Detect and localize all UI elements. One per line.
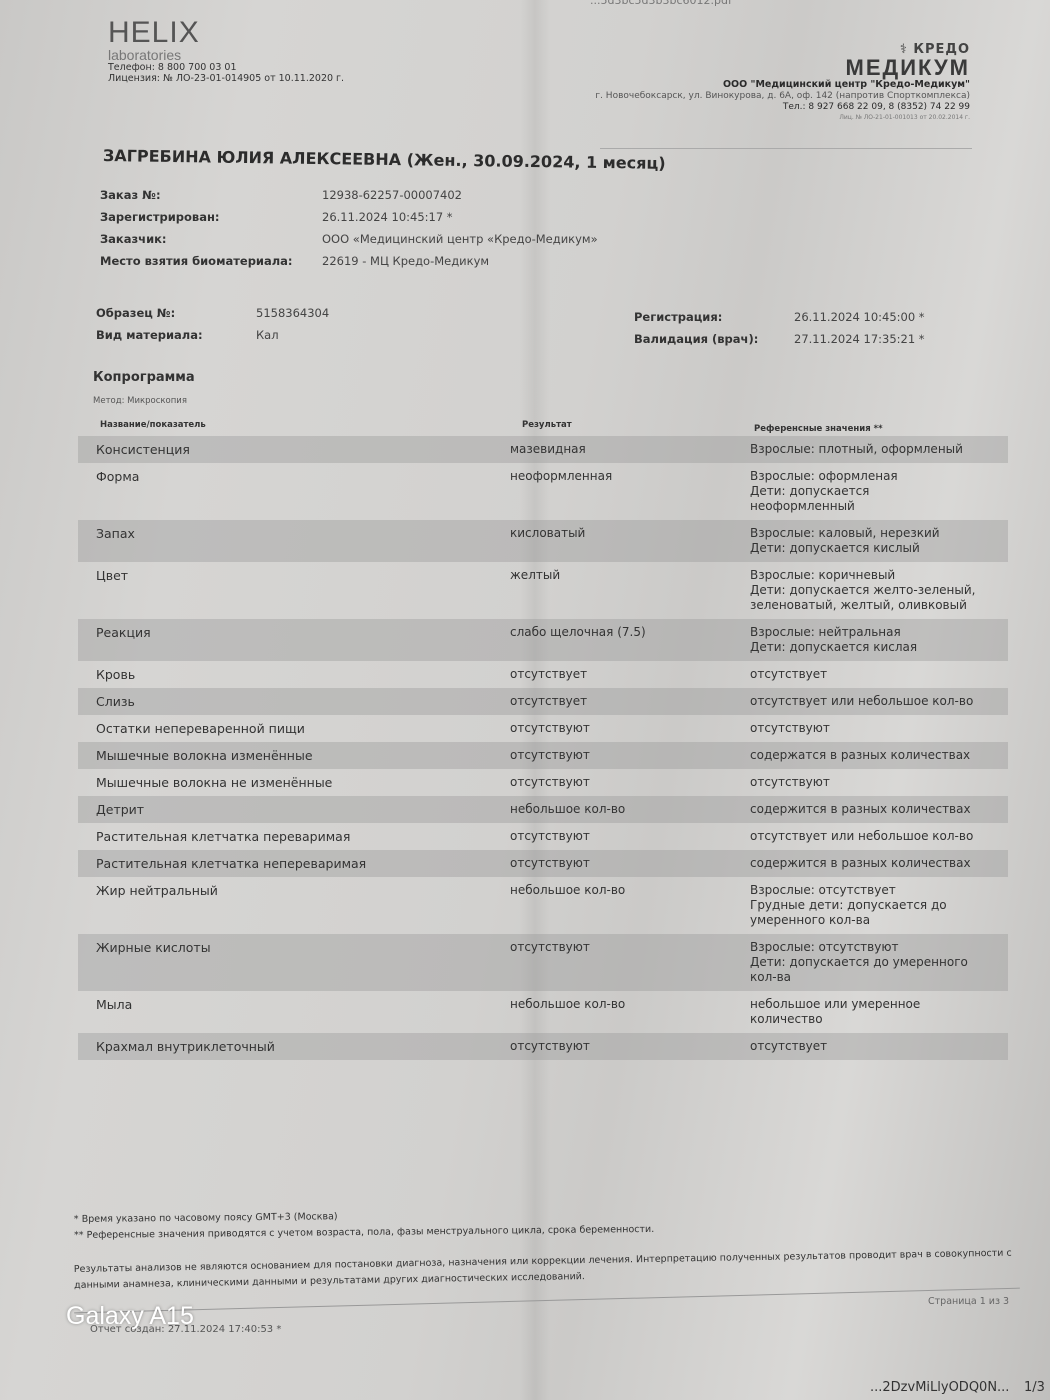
table-row: Жир нейтральныйнебольшое кол-воВзрослые:… <box>78 877 1008 934</box>
field-value: 12938-62257-00007402 <box>322 188 462 202</box>
field-label: Зарегистрирован: <box>100 206 322 228</box>
result-value: небольшое кол-во <box>510 883 750 928</box>
field-row: Валидация (врач):27.11.2024 17:35:21 * <box>634 328 925 350</box>
indicator-name: Цвет <box>78 568 510 613</box>
result-value: слабо щелочная (7.5) <box>510 625 750 655</box>
clinic-phones: Тел.: 8 927 668 22 09, 8 (8352) 74 22 99 <box>595 102 970 113</box>
field-label: Вид материала: <box>96 324 256 346</box>
sample-info: Образец №:5158364304Вид материала:Кал <box>96 302 329 346</box>
result-value: отсутствуют <box>510 940 750 985</box>
section-title: Копрограмма <box>93 370 195 385</box>
field-label: Заказчик: <box>100 228 322 250</box>
table-row: Мышечные волокна изменённыеотсутствуютсо… <box>78 742 1008 769</box>
reference-value: отсутствуют <box>750 775 1000 790</box>
clinic-address: г. Новочебоксарск, ул. Винокурова, д. 6А… <box>595 91 970 102</box>
field-value: 26.11.2024 10:45:17 * <box>322 210 453 224</box>
indicator-name: Жир нейтральный <box>78 883 510 928</box>
header-name: Название/показатель <box>100 420 206 430</box>
table-row: Кровьотсутствуетотсутствует <box>78 661 1008 688</box>
indicator-name: Форма <box>78 469 510 514</box>
table-row: Растительная клетчатка непереваримаяотсу… <box>78 850 1008 877</box>
table-row: Крахмал внутриклеточныйотсутствуютотсутс… <box>78 1033 1008 1060</box>
reference-value: Взрослые: оформленая Дети: допускается н… <box>750 469 1000 514</box>
reference-value: Взрослые: плотный, оформленый <box>750 442 1000 457</box>
document-page: ...5d3bc5d3b3bc6012.pdf HELIX laboratori… <box>0 0 1050 1400</box>
result-value: отсутствуют <box>510 721 750 736</box>
indicator-name: Консистенция <box>78 442 510 457</box>
reference-value: Взрослые: нейтральная Дети: допускается … <box>750 625 1000 655</box>
indicator-name: Запах <box>78 526 510 556</box>
field-value: Кал <box>256 328 279 342</box>
disclaimer: Результаты анализов не являются основани… <box>74 1245 1024 1294</box>
indicator-name: Реакция <box>78 625 510 655</box>
clinic-license: Лиц. № ЛО-21-01-001013 от 20.02.2014 г. <box>595 113 970 122</box>
field-row: Место взятия биоматериала:22619 - МЦ Кре… <box>100 250 598 272</box>
result-value: отсутствует <box>510 667 750 682</box>
patient-name: ЗАГРЕБИНА ЮЛИЯ АЛЕКСЕЕВНА (Жен., 30.09.2… <box>103 146 666 173</box>
reference-value: отсутствует или небольшое кол-во <box>750 694 1000 709</box>
clinic-logo: МЕДИКУМ <box>595 57 970 79</box>
table-row: КонсистенциямазевиднаяВзрослые: плотный,… <box>78 436 1008 463</box>
table-row: ЗапахкисловатыйВзрослые: каловый, нерезк… <box>78 520 1008 562</box>
field-label: Место взятия биоматериала: <box>100 250 322 272</box>
indicator-name: Кровь <box>78 667 510 682</box>
field-row: Образец №:5158364304 <box>96 302 329 324</box>
order-info: Заказ №:12938-62257-00007402Зарегистриро… <box>100 184 598 272</box>
result-value: мазевидная <box>510 442 750 457</box>
field-value: ООО «Медицинский центр «Кредо-Медикум» <box>322 232 598 246</box>
results-table: КонсистенциямазевиднаяВзрослые: плотный,… <box>78 436 1008 1060</box>
footnotes: * Время указано по часовому поясу GMT+3 … <box>74 1206 654 1244</box>
indicator-name: Остатки непереваренной пищи <box>78 721 510 736</box>
field-value: 22619 - МЦ Кредо-Медикум <box>322 254 489 268</box>
field-value: 5158364304 <box>256 306 329 320</box>
method-label: Метод: Микроскопия <box>93 396 187 406</box>
lab-license: Лицензия: № ЛО-23-01-014905 от 10.11.202… <box>108 73 344 84</box>
table-row: Жирные кислотыотсутствуютВзрослые: отсут… <box>78 934 1008 991</box>
field-value: 26.11.2024 10:45:00 * <box>794 310 925 324</box>
viewer-page-count: 1/3 <box>1024 1380 1045 1395</box>
indicator-name: Растительная клетчатка переваримая <box>78 829 510 844</box>
indicator-name: Мыла <box>78 997 510 1027</box>
result-value: отсутствуют <box>510 775 750 790</box>
reference-value: Взрослые: каловый, нерезкий Дети: допуск… <box>750 526 1000 556</box>
reference-value: содержится в разных количествах <box>750 856 1000 871</box>
reference-value: отсутствует <box>750 1039 1000 1054</box>
lab-logo-sub: laboratories <box>108 48 344 62</box>
divider <box>600 148 972 149</box>
result-value: неоформленная <box>510 469 750 514</box>
reference-value: небольшое или умеренное количество <box>750 997 1000 1027</box>
clinic-org: ООО "Медицинский центр "Кредо-Медикум" <box>595 79 970 91</box>
result-value: небольшое кол-во <box>510 802 750 817</box>
reference-value: Взрослые: отсутствует Грудные дети: допу… <box>750 883 1000 928</box>
table-row: ЦветжелтыйВзрослые: коричневый Дети: доп… <box>78 562 1008 619</box>
reference-value: Взрослые: коричневый Дети: допускается ж… <box>750 568 1000 613</box>
lab-logo: HELIX <box>108 18 344 48</box>
lab-header: HELIX laboratories Телефон: 8 800 700 03… <box>108 18 344 84</box>
viewer-file-label[interactable]: ...2DzvMiLlyODQ0N... <box>870 1380 1009 1395</box>
field-value: 27.11.2024 17:35:21 * <box>794 332 925 346</box>
file-name: ...5d3bc5d3b3bc6012.pdf <box>590 0 732 7</box>
field-label: Образец №: <box>96 302 256 324</box>
indicator-name: Жирные кислоты <box>78 940 510 985</box>
registration-info: Регистрация:26.11.2024 10:45:00 *Валидац… <box>634 306 925 350</box>
field-row: Зарегистрирован:26.11.2024 10:45:17 * <box>100 206 598 228</box>
result-value: отсутствует <box>510 694 750 709</box>
header-reference: Референсные значения ** <box>754 424 883 434</box>
field-row: Заказчик:ООО «Медицинский центр «Кредо-М… <box>100 228 598 250</box>
indicator-name: Слизь <box>78 694 510 709</box>
table-row: ФорманеоформленнаяВзрослые: оформленая Д… <box>78 463 1008 520</box>
result-value: отсутствуют <box>510 856 750 871</box>
reference-value: отсутствует или небольшое кол-во <box>750 829 1000 844</box>
field-label: Регистрация: <box>634 306 794 328</box>
reference-value: отсутствует <box>750 667 1000 682</box>
clinic-header: ⚕ КРЕДО МЕДИКУМ ООО "Медицинский центр "… <box>595 42 970 122</box>
reference-value: содержатся в разных количествах <box>750 748 1000 763</box>
lab-phone: Телефон: 8 800 700 03 01 <box>108 62 344 73</box>
result-value: отсутствуют <box>510 748 750 763</box>
result-value: небольшое кол-во <box>510 997 750 1027</box>
field-label: Заказ №: <box>100 184 322 206</box>
table-row: Мыланебольшое кол-вонебольшое или умерен… <box>78 991 1008 1033</box>
indicator-name: Растительная клетчатка непереваримая <box>78 856 510 871</box>
field-row: Вид материала:Кал <box>96 324 329 346</box>
table-row: Остатки непереваренной пищиотсутствуютот… <box>78 715 1008 742</box>
field-row: Заказ №:12938-62257-00007402 <box>100 184 598 206</box>
table-row: Растительная клетчатка переваримаяотсутс… <box>78 823 1008 850</box>
reference-value: отсутствуют <box>750 721 1000 736</box>
field-row: Регистрация:26.11.2024 10:45:00 * <box>634 306 925 328</box>
result-value: отсутствуют <box>510 829 750 844</box>
table-row: Слизьотсутствуетотсутствует или небольшо… <box>78 688 1008 715</box>
indicator-name: Мышечные волокна изменённые <box>78 748 510 763</box>
indicator-name: Мышечные волокна не изменённые <box>78 775 510 790</box>
camera-watermark: Galaxy A15 <box>66 1302 194 1331</box>
table-row: Мышечные волокна не изменённыеотсутствую… <box>78 769 1008 796</box>
table-row: Реакцияслабо щелочная (7.5)Взрослые: ней… <box>78 619 1008 661</box>
indicator-name: Детрит <box>78 802 510 817</box>
table-row: Детритнебольшое кол-восодержится в разны… <box>78 796 1008 823</box>
result-value: желтый <box>510 568 750 613</box>
header-result: Результат <box>522 420 572 430</box>
indicator-name: Крахмал внутриклеточный <box>78 1039 510 1054</box>
result-value: отсутствуют <box>510 1039 750 1054</box>
result-value: кисловатый <box>510 526 750 556</box>
page-number: Страница 1 из 3 <box>928 1296 1009 1307</box>
reference-value: Взрослые: отсутствуют Дети: допускается … <box>750 940 1000 985</box>
field-label: Валидация (врач): <box>634 328 794 350</box>
reference-value: содержится в разных количествах <box>750 802 1000 817</box>
